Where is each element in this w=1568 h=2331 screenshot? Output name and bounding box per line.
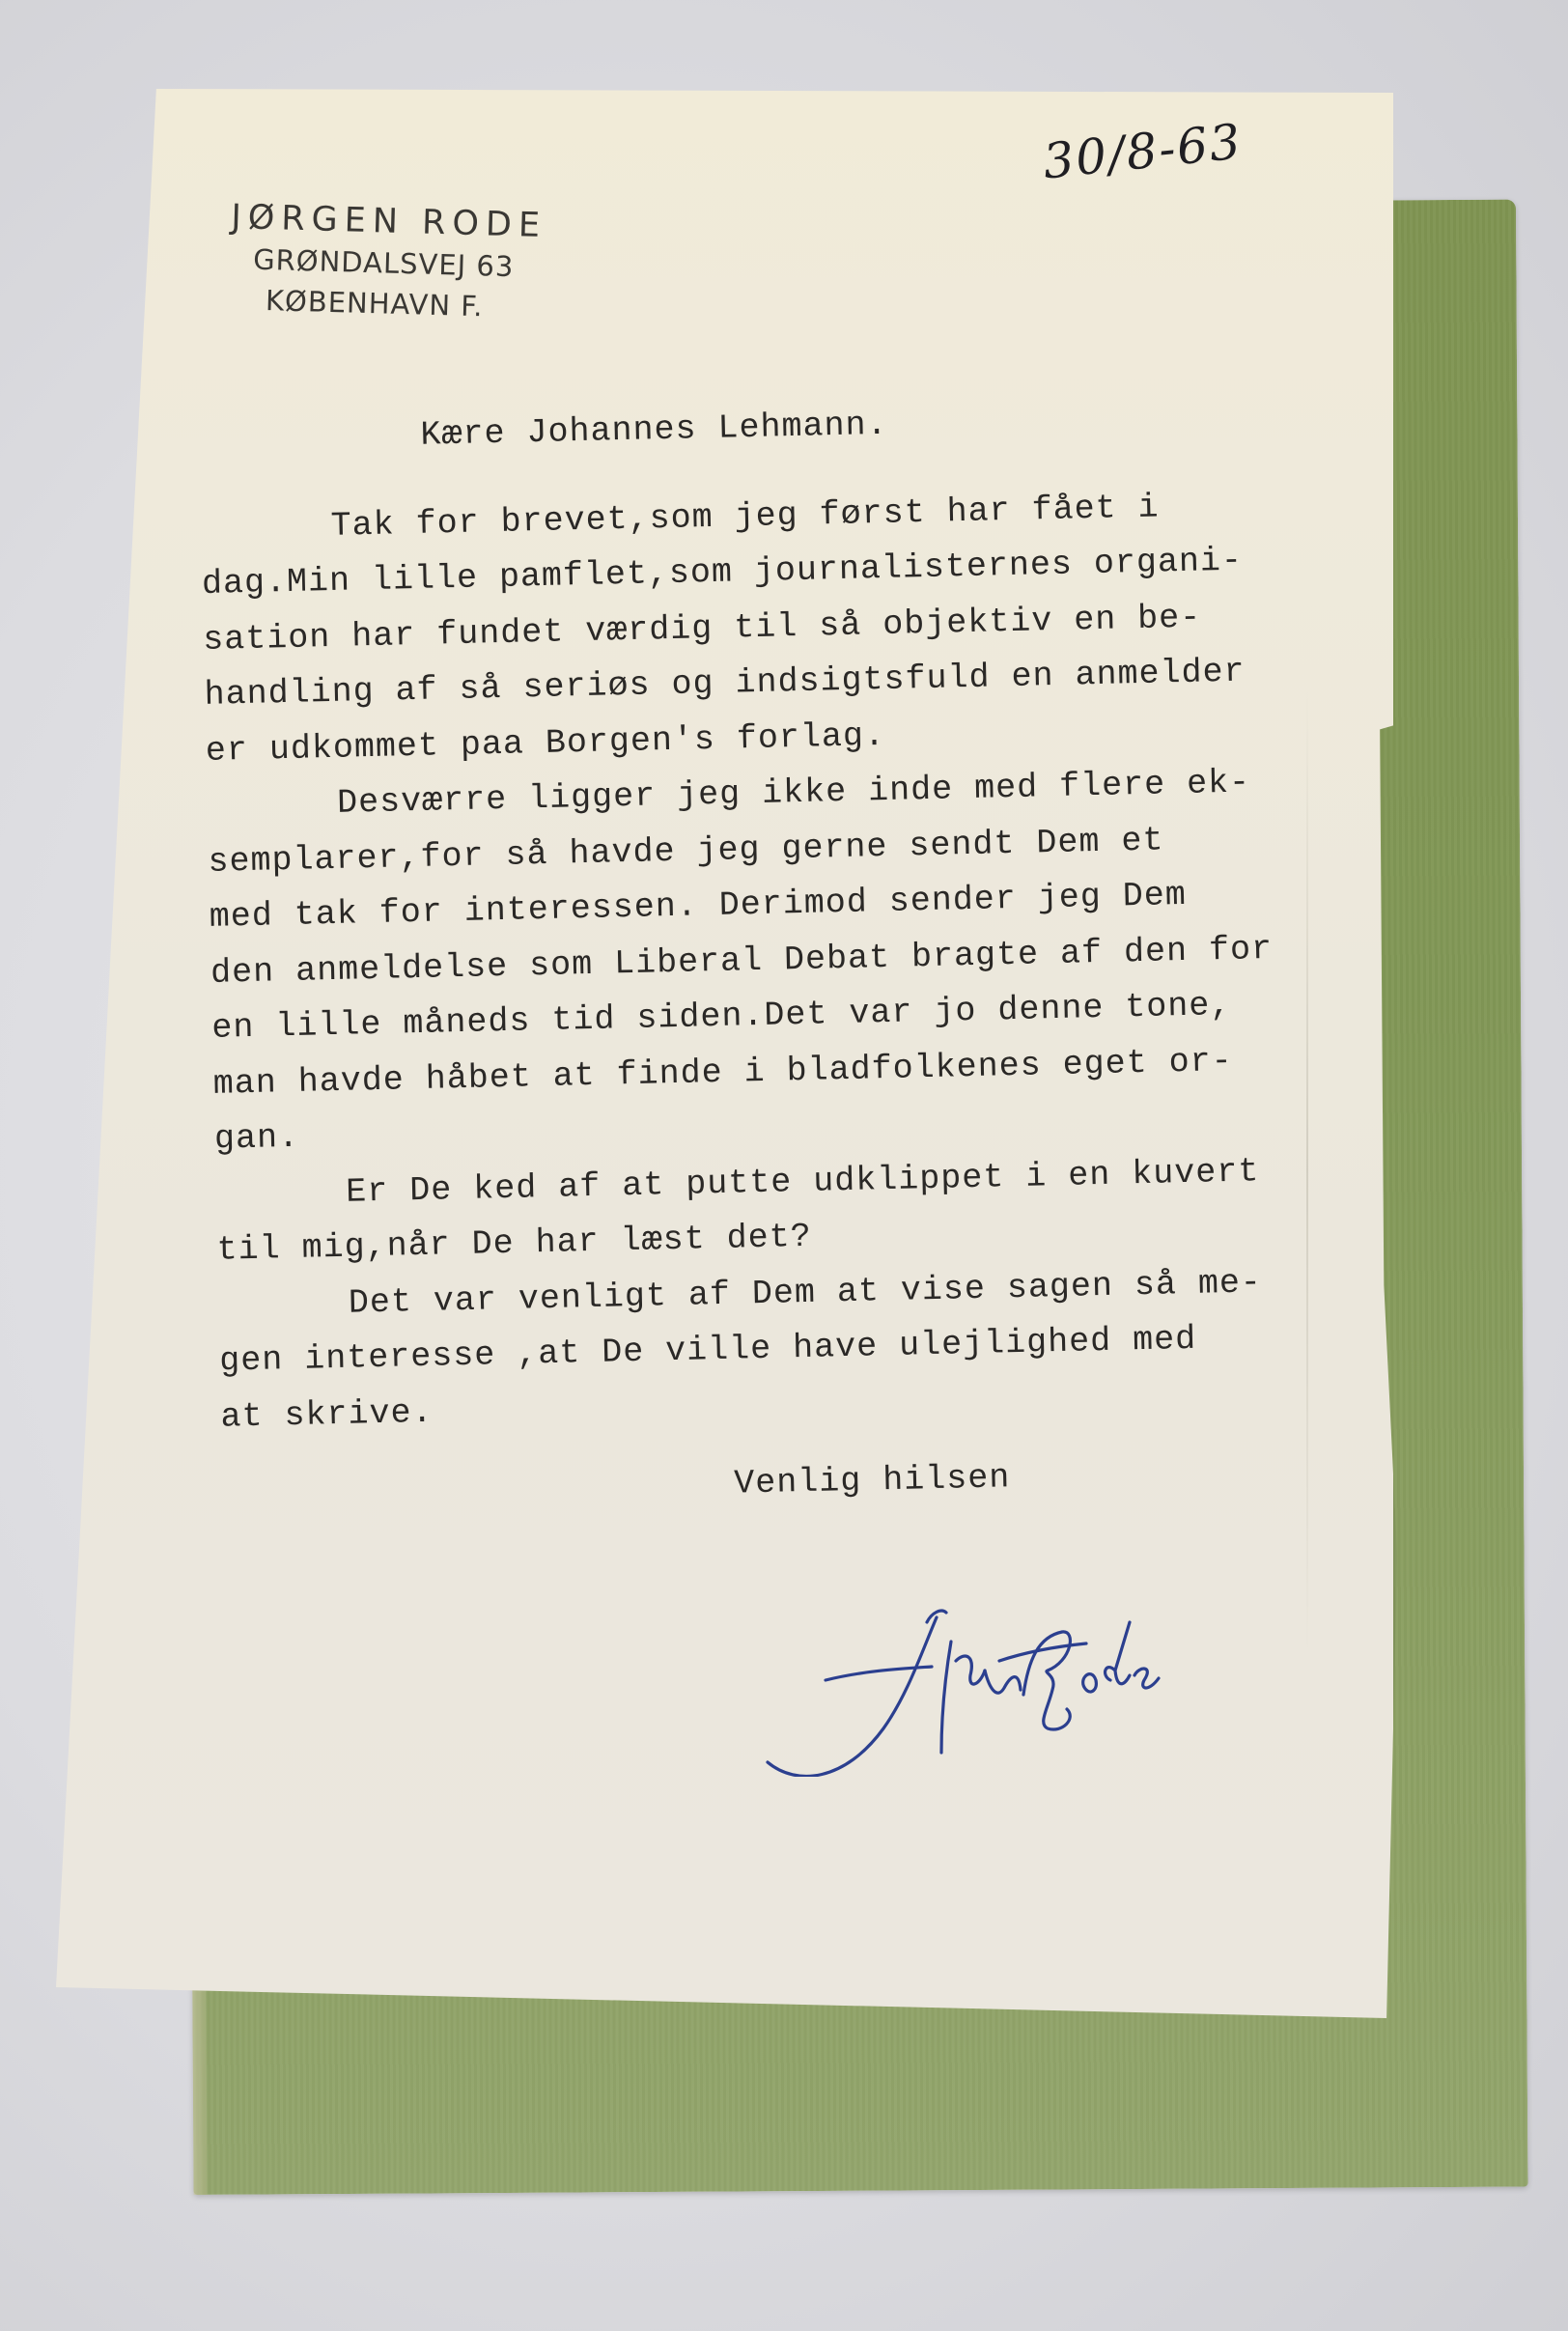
signature-icon [758, 1584, 1212, 1777]
letterhead: JØRGEN RODE GRØNDALSVEJ 63 KØBENHAVN F. [229, 198, 547, 324]
letter-body: Kære Johannes Lehmann. Tak for brevet,so… [198, 386, 1401, 1524]
paragraph-1: Tak for brevet,som jeg først har fået i … [200, 475, 1384, 779]
handwritten-signature [758, 1584, 1212, 1777]
letterhead-name: JØRGEN RODE [231, 198, 547, 245]
paragraph-2: Desværre ligger jeg ikke inde med flere … [207, 752, 1393, 1167]
paragraph-4: Det var venligt af Dem at vise sagen så … [217, 1252, 1399, 1446]
letterhead-street: GRØNDALSVEJ 63 [253, 243, 546, 284]
